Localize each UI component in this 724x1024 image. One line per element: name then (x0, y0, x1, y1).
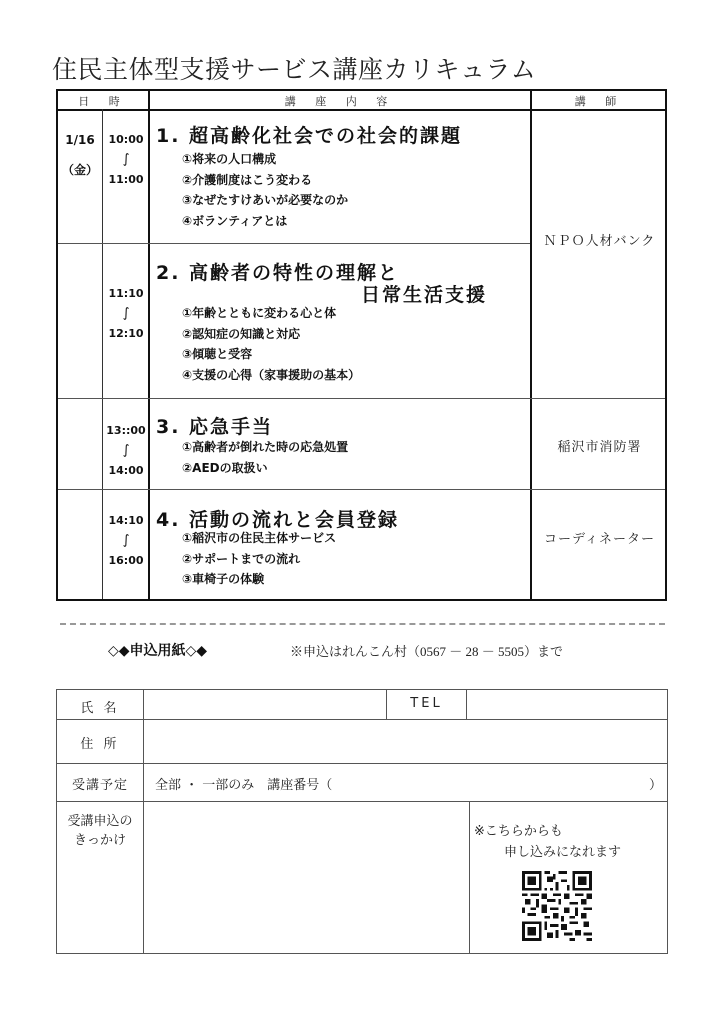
session-2-title-line2: 日常生活支援 (361, 280, 487, 307)
session-3-title: 3. 応急手当 (156, 412, 273, 439)
cut-line (60, 623, 665, 625)
address-field[interactable] (145, 721, 666, 762)
time-start: 13::00 (103, 421, 149, 441)
row-divider-2 (58, 398, 665, 399)
row-divider-3 (58, 489, 665, 490)
form-tel-divider-right (466, 690, 467, 719)
time-end: 11:00 (103, 170, 149, 190)
header-content: 講 座 内 容 (149, 91, 531, 110)
time-separator: ∫ (103, 441, 149, 461)
session-3-items: ①高齢者が倒れた時の応急処置 ②AEDの取扱い (182, 437, 348, 478)
list-item: ④支援の心得（家事援助の基本） (182, 365, 360, 386)
list-item: ②サポートまでの流れ (182, 549, 336, 570)
list-item: ①年齢とともに変わる心と体 (182, 303, 360, 324)
session-4-time: 14:10 ∫ 16:00 (103, 511, 149, 571)
list-item: ②認知症の知識と対応 (182, 324, 360, 345)
list-item: ④ボランティアとは (182, 211, 348, 232)
plan-close-paren: ） (649, 774, 662, 793)
time-end: 12:10 (103, 324, 149, 344)
time-separator: ∫ (103, 304, 149, 324)
plan-label: 受講予定 (57, 774, 143, 793)
form-row-divider (57, 763, 667, 764)
lecturer-coordinator: コーディネーター (532, 528, 667, 547)
curriculum-table: 日 時 講 座 内 容 講 師 1/16 （金） 10:00 ∫ 11:00 1… (56, 89, 667, 601)
list-item: ①稲沢市の住民主体サービス (182, 528, 336, 549)
session-2-items: ①年齢とともに変わる心と体 ②認知症の知識と対応 ③傾聴と受容 ④支援の心得（家… (182, 303, 360, 385)
form-row-divider (57, 801, 667, 802)
session-1-items: ①将来の人口構成 ②介護制度はこう変わる ③なぜたすけあいが必要なのか ④ボラン… (182, 149, 348, 231)
tel-label: TEL (387, 696, 466, 711)
header-lecturer: 講 師 (532, 91, 667, 110)
list-item: ③車椅子の体験 (182, 569, 336, 590)
time-end: 16:00 (103, 551, 149, 571)
list-item: ③傾聴と受容 (182, 344, 360, 365)
date-weekday: （金） (58, 159, 102, 181)
list-item: ③なぜたすけあいが必要なのか (182, 190, 348, 211)
time-separator: ∫ (103, 531, 149, 551)
qr-note-line1: ※こちらからも (474, 821, 563, 842)
row-divider-1 (58, 243, 530, 244)
form-row-divider (57, 719, 667, 720)
lecturer-fire-dept: 稲沢市消防署 (532, 436, 667, 455)
application-form: 氏 名 TEL 住 所 受講予定 全部 ・ 一部のみ 講座番号（ ） 受講申込の… (56, 689, 668, 954)
session-2-time: 11:10 ∫ 12:10 (103, 284, 149, 344)
qr-code-icon[interactable] (522, 870, 592, 942)
session-1-time: 10:00 ∫ 11:00 (103, 130, 149, 190)
session-4-items: ①稲沢市の住民主体サービス ②サポートまでの流れ ③車椅子の体験 (182, 528, 336, 590)
form-heading: ◇◆申込用紙◇◆ (108, 640, 207, 660)
page-title: 住民主体型支援サービス講座カリキュラム (52, 50, 536, 86)
plan-options[interactable]: 全部 ・ 一部のみ 講座番号（ (155, 774, 332, 793)
form-note: ※申込はれんこん村（0567 － 28 － 5505）まで (290, 641, 563, 660)
form-label-divider (143, 690, 144, 953)
qr-note-line2: 申し込みになれます (504, 842, 621, 863)
time-end: 14:00 (103, 461, 149, 481)
tel-field[interactable] (468, 691, 666, 718)
reason-label: 受講申込の きっかけ (57, 812, 143, 850)
time-start: 10:00 (103, 130, 149, 150)
date-day: 1/16 (58, 129, 102, 151)
session-3-time: 13::00 ∫ 14:00 (103, 421, 149, 481)
session-1-title: 1. 超高齢化社会での社会的課題 (156, 121, 462, 148)
name-label: 氏 名 (57, 697, 143, 716)
form-qr-divider (469, 801, 470, 953)
time-start: 14:10 (103, 511, 149, 531)
list-item: ②AEDの取扱い (182, 458, 348, 479)
address-label: 住 所 (57, 733, 143, 752)
reason-field[interactable] (145, 803, 467, 953)
list-item: ①高齢者が倒れた時の応急処置 (182, 437, 348, 458)
reason-label-line2: きっかけ (57, 831, 143, 850)
time-separator: ∫ (103, 150, 149, 170)
list-item: ①将来の人口構成 (182, 149, 348, 170)
reason-label-line1: 受講申込の (57, 812, 143, 831)
lecturer-npo: ＮＰＯ人材バンク (532, 230, 667, 249)
name-field[interactable] (145, 691, 385, 718)
list-item: ②介護制度はこう変わる (182, 170, 348, 191)
time-start: 11:10 (103, 284, 149, 304)
content-lecturer-divider (530, 91, 532, 599)
